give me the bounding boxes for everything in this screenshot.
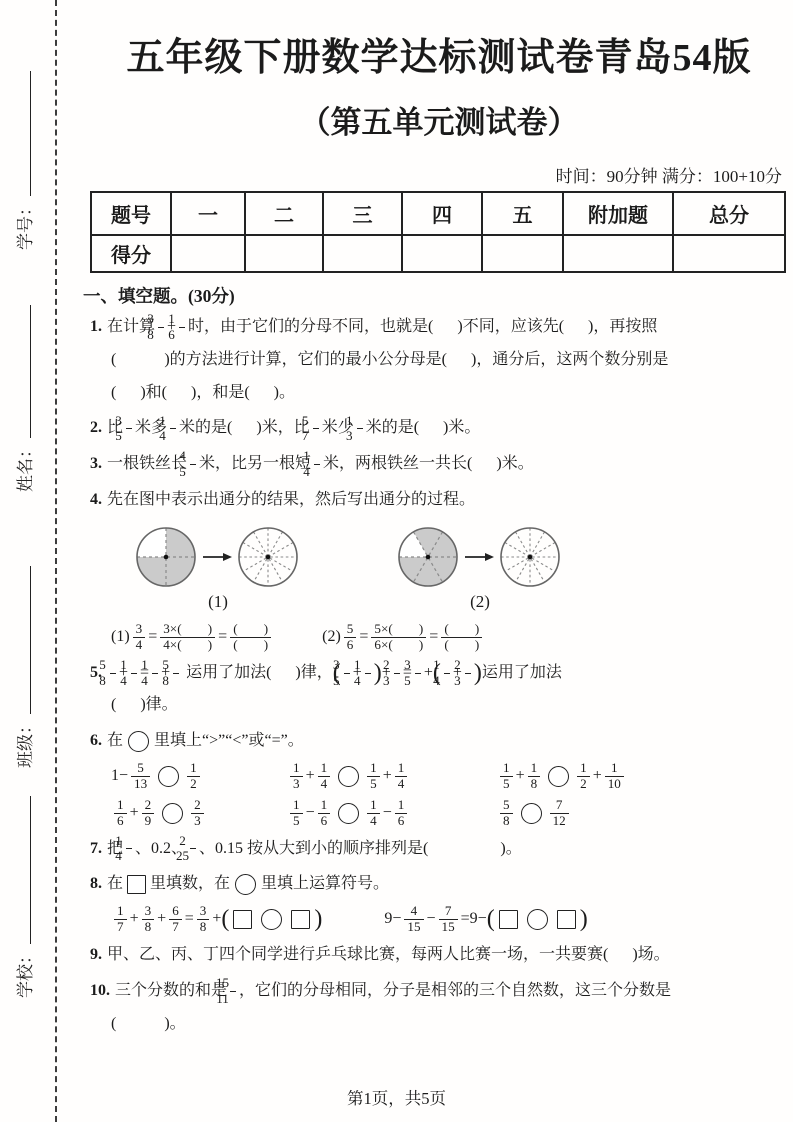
comparison-circle	[338, 766, 359, 787]
seal-dashed-line	[55, 0, 57, 1122]
question-2: 2.比35米多14米的是( )米，比57米少13米的是( )米。	[90, 412, 788, 445]
big-parenthesis: )	[474, 660, 482, 686]
fraction: 16	[114, 798, 127, 828]
fraction: 35	[126, 414, 132, 444]
text-run: 里填数，在	[150, 875, 230, 892]
arrow-head-icon	[485, 553, 494, 561]
text-run: 米，比另一根短	[199, 455, 311, 472]
fraction: 23	[465, 658, 471, 688]
question-number: 7.	[90, 840, 102, 857]
fraction: 13	[357, 414, 363, 444]
question-text: 先在图中表示出通分的结果，然后写出通分的过程。	[107, 491, 475, 508]
exam-meta: 时间：90分钟 满分：100+10分	[90, 162, 788, 187]
text-run: 一根铁丝长	[107, 455, 187, 472]
text-run: 甲、乙、丙、丁四个同学进行乒乓球比赛，每两人比赛一场，一共要赛( )场。	[107, 946, 670, 963]
fraction: 513	[131, 761, 150, 791]
center-dot	[528, 554, 533, 559]
score-table: 题号 一 二 三 四 五 附加题 总分 得分	[90, 191, 786, 273]
question-3: 3.一根铁丝长45米，比另一根短14米，两根铁丝一共长( )米。	[90, 448, 788, 481]
fraction: 14	[131, 658, 137, 688]
fraction: 715	[439, 904, 458, 934]
fraction: 15	[367, 761, 380, 791]
answer-box	[291, 910, 310, 929]
fraction: 5×( )6×( )	[371, 622, 426, 652]
text-run: +	[306, 767, 315, 784]
fraction: 23	[191, 798, 204, 828]
text-run: 在	[107, 875, 123, 892]
question-text: 在里填数，在里填上运算符号。	[107, 875, 389, 892]
question-1: 1.在计算38+16时，由于它们的分母不同，也就是( )不同，应该先( )，再按…	[90, 311, 788, 409]
fraction: 12	[187, 761, 200, 791]
comparison-circle	[128, 731, 149, 752]
text-run: −	[427, 910, 436, 927]
comparison-circle	[527, 909, 548, 930]
text-run: +	[130, 804, 139, 821]
fraction: 17	[114, 904, 127, 934]
fraction: 14	[152, 658, 158, 688]
question-number: 4.	[90, 491, 102, 508]
fill-symbol-equation-1: 17+38+67=38+()	[111, 903, 322, 936]
text-run: 里填上运算符号。	[261, 875, 389, 892]
score-cell	[482, 235, 563, 272]
text-run: =	[185, 910, 194, 927]
text-run: =9−	[461, 910, 487, 927]
comparison-item-6: 58712	[497, 797, 788, 830]
score-header-cell: 二	[245, 192, 323, 235]
question-number: 8.	[90, 875, 102, 892]
text-run: +	[157, 910, 166, 927]
question-10: 10.三个分数的和是1511，它们的分母相同，分子是相邻的三个自然数，这三个分数…	[90, 975, 788, 1041]
text-run: +	[383, 767, 392, 784]
text-run: 里填上“>”“<”或“=”。	[154, 732, 304, 749]
question-7: 7.把14、0.2、225、0.15 按从大到小的顺序排列是( )。	[90, 833, 788, 866]
fraction: 14	[395, 761, 408, 791]
seal-label-school: 学校：	[16, 947, 35, 998]
question-4: 4.先在图中表示出通分的结果，然后写出通分的过程。	[90, 484, 788, 654]
comparison-grid: 1−51312 13+1415+14 15+1812+110 16+2923 1…	[111, 760, 788, 830]
fraction-diagrams-row	[135, 525, 788, 589]
text-run: 米的是( )米，比	[179, 419, 310, 436]
fraction: 12	[577, 761, 590, 791]
fill-symbol-equations-row: 17+38+67=38+() 9−415−715=9−()	[111, 903, 788, 936]
fraction: 14	[367, 798, 380, 828]
fraction: 712	[550, 798, 569, 828]
score-header-cell: 附加题	[563, 192, 673, 235]
text-run: +	[130, 910, 139, 927]
question-text: 比35米多14米的是( )米，比57米少13米的是( )米。	[107, 419, 480, 436]
seal-label-class: 班级：	[16, 717, 35, 768]
center-dot	[164, 554, 169, 559]
seal-field-student-id: 学号：	[11, 71, 36, 250]
comparison-item-3: 15+1812+110	[497, 760, 788, 793]
score-header-cell: 题号	[91, 192, 171, 235]
comparison-circle	[548, 766, 569, 787]
fraction: 58	[173, 658, 179, 688]
text-run: 先在图中表示出通分的结果，然后写出通分的过程。	[107, 491, 475, 508]
seal-field-class: 班级：	[11, 566, 36, 768]
score-header-cell: 一	[171, 192, 245, 235]
main-content: 五年级下册数学达标测试卷青岛54版 （第五单元测试卷） 时间：90分钟 满分：1…	[90, 0, 788, 1040]
question-number: 2.	[90, 419, 102, 436]
seal-blank-line	[14, 566, 31, 714]
comparison-circle	[158, 766, 179, 787]
question-text: 把14、0.2、225、0.15 按从大到小的顺序排列是( )。	[107, 840, 522, 857]
fraction: 58	[110, 658, 116, 688]
question-9: 9.甲、乙、丙、丁四个同学进行乒乓球比赛，每两人比赛一场，一共要赛( )场。	[90, 939, 788, 972]
arrow-head-icon	[223, 553, 232, 561]
question-text: 甲、乙、丙、丁四个同学进行乒乓球比赛，每两人比赛一场，一共要赛( )场。	[107, 946, 670, 963]
big-parenthesis: (	[487, 906, 495, 932]
fraction: 110	[605, 761, 624, 791]
fraction: 29	[142, 798, 155, 828]
text-run: +	[593, 767, 602, 784]
fraction: 16	[179, 312, 185, 342]
text-run: (2)	[322, 628, 341, 645]
comparison-item-1: 1−51312	[111, 760, 287, 793]
fraction: 15	[500, 761, 513, 791]
fraction: 14	[170, 414, 176, 444]
comparison-circle	[162, 803, 183, 824]
question-text: 在计算38+16时，由于它们的分母不同，也就是( )不同，应该先( )，再按照 …	[107, 318, 668, 401]
fraction: 67	[169, 904, 182, 934]
fraction: 35	[415, 658, 421, 688]
center-dot	[426, 554, 431, 559]
score-header-cell: 四	[402, 192, 482, 235]
text-run: =	[148, 628, 157, 645]
fraction: 1511	[230, 976, 236, 1006]
fill-symbol-equation-2: 9−415−715=9−()	[384, 903, 587, 936]
conversion-equation-2: (2)56=5×( )6×( )=( )( )	[322, 621, 485, 654]
text-run: 在	[107, 732, 123, 749]
score-row-label: 得分	[91, 235, 171, 272]
comparison-item-4: 16+2923	[111, 797, 287, 830]
seal-blank-line	[14, 796, 31, 944]
question-8: 8.在里填数，在里填上运算符号。 17+38+67=38+() 9−415−71…	[90, 868, 788, 936]
answer-box	[499, 910, 518, 929]
text-run: (1)	[111, 628, 130, 645]
conversion-equations-row: (1)34=3×( )4×( )=( )( ) (2)56=5×( )6×( )…	[111, 621, 788, 654]
text-run: +	[516, 767, 525, 784]
text-run: 运用了加法( )律，	[182, 664, 333, 681]
question-number: 3.	[90, 455, 102, 472]
conversion-equation-1: (1)34=3×( )4×( )=( )( )	[111, 621, 274, 654]
question-text: 在里填上“>”“<”或“=”。	[107, 732, 304, 749]
fraction: 16	[318, 798, 331, 828]
question-text: 三个分数的和是1511，它们的分母相同，分子是相邻的三个自然数，这三个分数是 (…	[111, 982, 671, 1032]
answer-box	[557, 910, 576, 929]
fraction: 3×( )4×( )	[160, 622, 215, 652]
fraction: 18	[528, 761, 541, 791]
fraction: 34	[133, 622, 146, 652]
exam-page: 学号： 姓名： 班级： 学校： 五年级下册数学达标测试卷青岛54版 （第五单元测…	[0, 0, 793, 1122]
fraction: 35	[344, 658, 350, 688]
fraction: 15	[290, 798, 303, 828]
seal-label-student-id: 学号：	[16, 199, 35, 250]
score-table-score-row: 得分	[91, 235, 785, 272]
fraction-diagram-three-fourths	[135, 525, 301, 589]
diagram-captions: (1) (2)	[111, 591, 788, 613]
fraction-diagram-five-sixths	[397, 525, 563, 589]
comparison-circle	[338, 803, 359, 824]
question-text: 58+14=14+58 运用了加法( )律，(35+14)+23=35+(14+…	[107, 664, 562, 714]
fraction: 38	[197, 904, 210, 934]
section-heading: 一、填空题。(30分)	[83, 283, 788, 308]
question-number: 6.	[90, 732, 102, 749]
big-parenthesis: )	[374, 660, 382, 686]
seal-field-school: 学校：	[11, 796, 36, 998]
fraction: 14	[126, 834, 132, 864]
fraction: 58	[500, 798, 513, 828]
fraction: 225	[190, 834, 196, 864]
fraction: 16	[395, 798, 408, 828]
comparison-circle	[235, 874, 256, 895]
diagram-caption-1: (1)	[135, 591, 301, 613]
score-cell	[673, 235, 785, 272]
fraction: 14	[318, 761, 331, 791]
comparison-item-5: 15−1614−16	[287, 797, 497, 830]
score-cell	[245, 235, 323, 272]
text-run: =	[359, 628, 368, 645]
text-run: 米的是( )米。	[366, 419, 481, 436]
fraction: ( )( )	[230, 622, 271, 652]
seal-label-name: 姓名：	[16, 441, 35, 492]
seal-blank-line	[14, 71, 31, 196]
big-parenthesis: (	[221, 906, 229, 932]
text-run: +	[424, 664, 433, 681]
comparison-circle	[521, 803, 542, 824]
fraction: 14	[314, 449, 320, 479]
score-header-cell: 总分	[673, 192, 785, 235]
seal-blank-line	[14, 305, 31, 438]
fill-in-blank-questions: 1.在计算38+16时，由于它们的分母不同，也就是( )不同，应该先( )，再按…	[90, 311, 788, 1040]
fraction: 38	[158, 312, 164, 342]
question-number: 10.	[90, 982, 110, 999]
fraction: 57	[313, 414, 319, 444]
comparison-item-2: 13+1415+14	[287, 760, 497, 793]
footer-page-info: 第1页，共5页	[0, 1085, 793, 1109]
score-cell	[171, 235, 245, 272]
center-dot	[266, 554, 271, 559]
text-run: 米，两根铁丝一共长( )米。	[323, 455, 534, 472]
question-text: 一根铁丝长45米，比另一根短14米，两根铁丝一共长( )米。	[107, 455, 534, 472]
fraction: 38	[142, 904, 155, 934]
text-run: 9−	[384, 910, 401, 927]
big-parenthesis: )	[314, 906, 322, 932]
page-subtitle: （第五单元测试卷）	[90, 97, 788, 142]
question-6: 6.在里填上“>”“<”或“=”。 1−51312 13+1415+14 15+…	[90, 725, 788, 829]
text-run: −	[383, 804, 392, 821]
fraction: 56	[344, 622, 357, 652]
fraction: 13	[290, 761, 303, 791]
score-cell	[323, 235, 402, 272]
page-title: 五年级下册数学达标测试卷青岛54版	[90, 26, 788, 81]
fraction: ( )( )	[441, 622, 482, 652]
question-number: 1.	[90, 318, 102, 335]
fraction: 415	[404, 904, 423, 934]
text-run: 、0.15 按从大到小的顺序排列是( )。	[199, 840, 522, 857]
fraction: 23	[394, 658, 400, 688]
seal-field-name: 姓名：	[11, 305, 36, 492]
diagram-caption-2: (2)	[397, 591, 563, 613]
score-cell	[563, 235, 673, 272]
fraction: 14	[365, 658, 371, 688]
fraction: 45	[190, 449, 196, 479]
fraction: 14	[444, 658, 450, 688]
text-run: 时，由于它们的分母不同，也就是( )不同，应该先( )，再按照 ( )的方法进行…	[111, 318, 668, 401]
text-run: 三个分数的和是	[115, 982, 227, 999]
score-cell	[402, 235, 482, 272]
question-5: 5.58+14=14+58 运用了加法( )律，(35+14)+23=35+(1…	[90, 657, 788, 723]
question-number: 9.	[90, 946, 102, 963]
score-header-cell: 五	[482, 192, 563, 235]
score-table-header-row: 题号 一 二 三 四 五 附加题 总分	[91, 192, 785, 235]
score-header-cell: 三	[323, 192, 402, 235]
text-run: =	[429, 628, 438, 645]
big-parenthesis: )	[580, 906, 588, 932]
text-run: 1−	[111, 767, 128, 784]
answer-box	[233, 910, 252, 929]
text-run: =	[218, 628, 227, 645]
comparison-circle	[261, 909, 282, 930]
answer-box	[127, 875, 146, 894]
text-run: −	[306, 804, 315, 821]
